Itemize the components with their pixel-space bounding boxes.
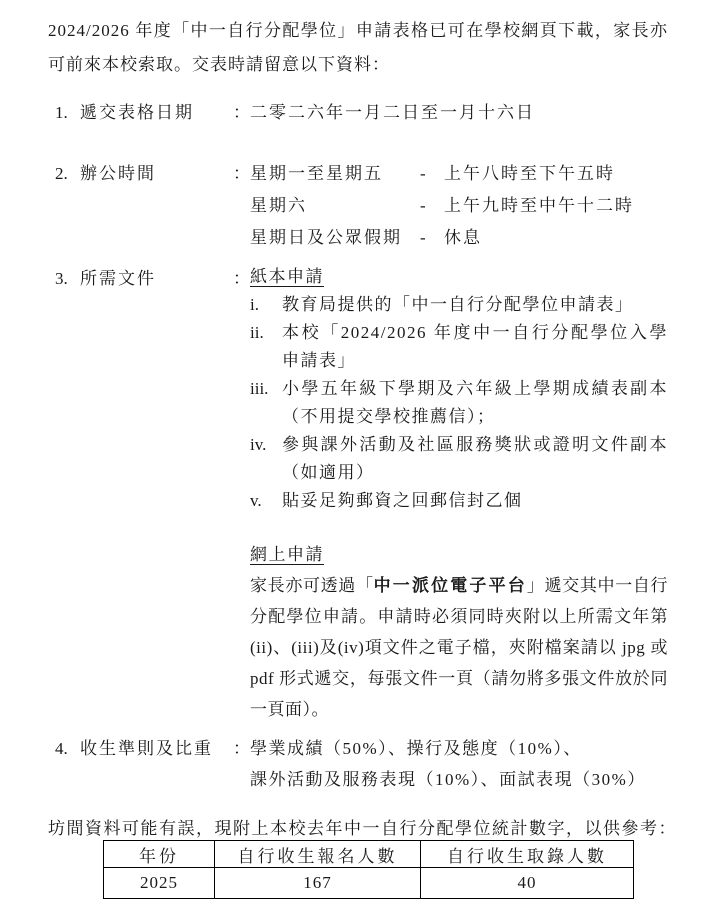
schedule-time: 上午八時至下午五時	[444, 158, 668, 190]
criteria-line-2: 課外活動及服務表現（10%）、面試表現（30%）	[250, 764, 668, 795]
item-label: 辦公時間	[80, 158, 233, 190]
schedule-time: 上午九時至中午十二時	[444, 190, 668, 222]
item-number: 4.	[55, 733, 80, 764]
schedule-dash: -	[420, 158, 444, 190]
list-marker: i.	[250, 291, 282, 319]
paper-application-heading: 紙本申請	[250, 263, 668, 291]
list-marker: iv.	[250, 431, 282, 487]
online-text-prefix: 家長亦可透過「	[250, 576, 374, 595]
online-application-paragraph: 家長亦可透過「中一派位電子平台」遞交其中一自行分配學位申請。申請時必須同時夾附以…	[250, 570, 668, 725]
list-text: 小學五年級下學期及六年級上學期成績表副本（不用提交學校推薦信）；	[282, 375, 668, 431]
office-hours-schedule: 星期一至星期五 - 上午八時至下午五時 星期六 - 上午九時至中午十二時 星期日…	[250, 158, 668, 254]
schedule-day: 星期一至星期五	[250, 158, 420, 190]
item-number: 3.	[55, 263, 80, 295]
item-number: 2.	[55, 158, 80, 190]
stats-table-header-row: 年份 自行收生報名人數 自行收生取錄人數	[104, 841, 634, 868]
item-label: 遞交表格日期	[80, 97, 233, 129]
document-list-item: ii. 本校「2024/2026 年度中一自行分配學位入學申請表」	[250, 319, 668, 375]
online-application-heading: 網上申請	[250, 540, 668, 570]
colon-separator: ：	[233, 733, 250, 764]
stats-header-admitted: 自行收生取錄人數	[421, 841, 634, 868]
colon-separator: ：	[233, 263, 250, 295]
list-marker: ii.	[250, 319, 282, 375]
document-list-item: i. 教育局提供的「中一自行分配學位申請表」	[250, 291, 668, 319]
schedule-dash: -	[420, 222, 444, 254]
submission-date-value: 二零二六年一月二日至一月十六日	[250, 97, 668, 129]
list-text: 本校「2024/2026 年度中一自行分配學位入學申請表」	[282, 319, 668, 375]
schedule-row-sunday-holidays: 星期日及公眾假期 - 休息	[250, 222, 668, 254]
list-text: 貼妥足夠郵資之回郵信封乙個	[282, 487, 668, 515]
document-list-item: v. 貼妥足夠郵資之回郵信封乙個	[250, 487, 668, 515]
item-label: 所需文件	[80, 263, 233, 295]
document-list-item: iv. 參與課外活動及社區服務獎狀或證明文件副本（如適用）	[250, 431, 668, 487]
schedule-day: 星期六	[250, 190, 420, 222]
document-list-item: iii. 小學五年級下學期及六年級上學期成績表副本（不用提交學校推薦信）；	[250, 375, 668, 431]
stats-cell-applicants: 167	[215, 868, 421, 899]
item-number: 1.	[55, 97, 80, 129]
item-admission-criteria: 4. 收生準則及比重 ： 學業成績（50%）、操行及態度（10%）、 課外活動及…	[0, 733, 715, 795]
item-required-documents: 3. 所需文件 ： 紙本申請 i. 教育局提供的「中一自行分配學位申請表」 ii…	[0, 263, 715, 725]
schedule-row-weekdays: 星期一至星期五 - 上午八時至下午五時	[250, 158, 668, 190]
schedule-dash: -	[420, 190, 444, 222]
stats-header-applicants: 自行收生報名人數	[215, 841, 421, 868]
stats-table-data-row: 2025 167 40	[104, 868, 634, 899]
required-documents-content: 紙本申請 i. 教育局提供的「中一自行分配學位申請表」 ii. 本校「2024/…	[250, 263, 668, 725]
stats-table: 年份 自行收生報名人數 自行收生取錄人數 2025 167 40	[103, 840, 634, 899]
admission-criteria-content: 學業成績（50%）、操行及態度（10%）、 課外活動及服務表現（10%）、面試表…	[250, 733, 668, 795]
schedule-row-saturday: 星期六 - 上午九時至中午十二時	[250, 190, 668, 222]
application-notice-document: 2024/2026 年度「中一自行分配學位」申請表格已可在學校網頁下載，家長亦可…	[0, 0, 715, 902]
item-office-hours: 2. 辦公時間 ： 星期一至星期五 - 上午八時至下午五時 星期六 - 上午九時…	[0, 158, 715, 254]
colon-separator: ：	[233, 158, 250, 190]
item-submission-date: 1. 遞交表格日期 ： 二零二六年一月二日至一月十六日	[0, 97, 715, 129]
item-label: 收生準則及比重	[80, 733, 233, 764]
footer-note: 坊間資料可能有誤，現附上本校去年中一自行分配學位統計數字，以供參考：	[48, 818, 715, 839]
colon-separator: ：	[233, 97, 250, 129]
list-text: 參與課外活動及社區服務獎狀或證明文件副本（如適用）	[282, 431, 668, 487]
list-marker: iii.	[250, 375, 282, 431]
intro-paragraph: 2024/2026 年度「中一自行分配學位」申請表格已可在學校網頁下載，家長亦可…	[48, 14, 668, 82]
paper-document-list: i. 教育局提供的「中一自行分配學位申請表」 ii. 本校「2024/2026 …	[250, 291, 668, 515]
platform-name-bold: 中一派位電子平台	[374, 576, 527, 595]
schedule-day: 星期日及公眾假期	[250, 222, 420, 254]
list-text: 教育局提供的「中一自行分配學位申請表」	[282, 291, 668, 319]
stats-header-year: 年份	[104, 841, 215, 868]
online-text-suffix: 」遞交其中一自行分配學位申請。申請時必須同時夾附以上所需文年第(ii)、(iii…	[250, 576, 668, 719]
online-application-section: 網上申請 家長亦可透過「中一派位電子平台」遞交其中一自行分配學位申請。申請時必須…	[250, 540, 668, 725]
criteria-line-1: 學業成績（50%）、操行及態度（10%）、	[250, 733, 668, 764]
stats-cell-admitted: 40	[421, 868, 634, 899]
list-marker: v.	[250, 487, 282, 515]
schedule-time: 休息	[444, 222, 668, 254]
stats-cell-year: 2025	[104, 868, 215, 899]
